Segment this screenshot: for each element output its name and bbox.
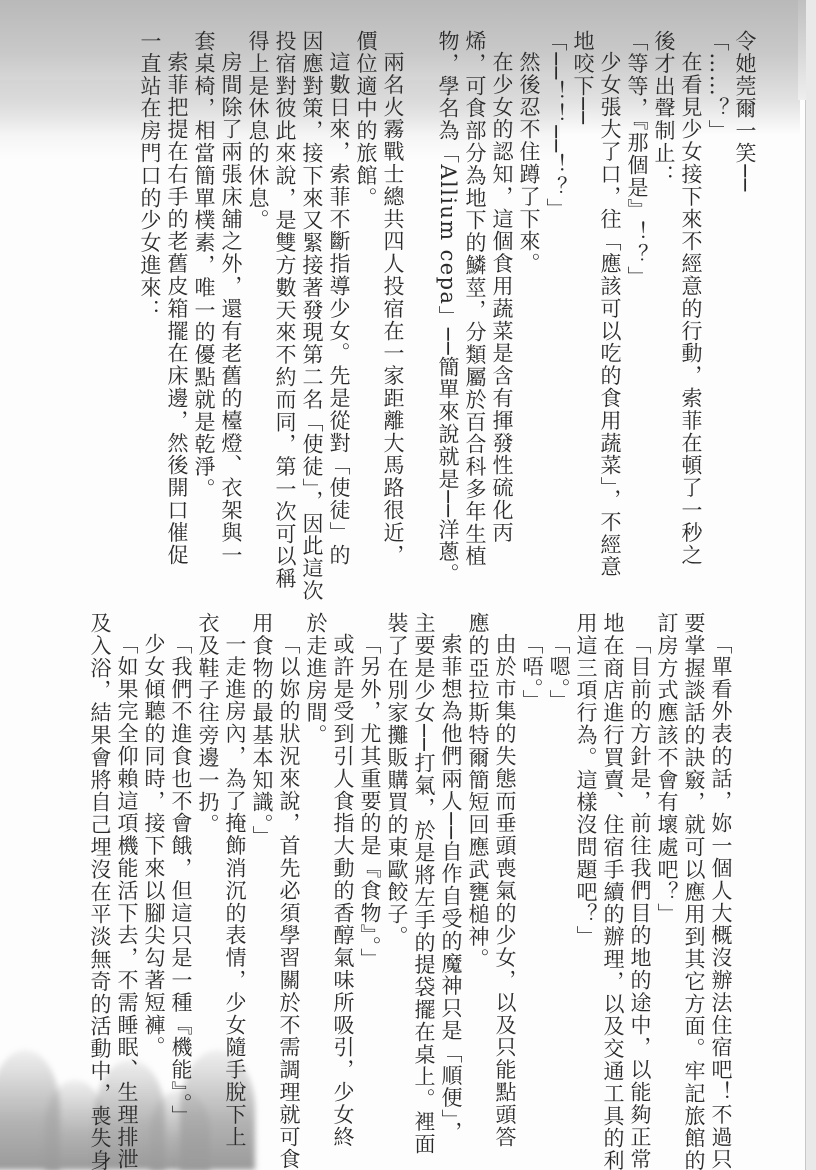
text-column: 烯，可食部分為地下的鱗莖，分類屬於百合科多年生植 — [462, 30, 488, 568]
text-column: 及入浴，結果會將自己埋沒在平淡無奇的活動中，喪失身 — [87, 612, 113, 1170]
text-column: 「如果完全仰賴這項機能活下去，不需睡眠、生理排泄 — [114, 633, 140, 1170]
text-column: 索菲把提在右手的老舊皮箱擺在床邊，然後開口催促 — [164, 51, 190, 566]
text-column: 一走進房內，為了掩飾消沉的表情，少女隨手脫下上 — [222, 633, 248, 1148]
text-column: 套桌椅，相當簡單樸素，唯一的優點就是乾淨。 — [191, 30, 217, 500]
text-column: 在少女的認知，這個食用蔬菜是含有揮發性硫化丙 — [489, 51, 515, 544]
text-column: 訂房方式應該不會有壞處吧？」 — [654, 612, 680, 926]
text-column: 或許是受到引人食指大動的香醇氣味所吸引，少女終 — [330, 633, 356, 1148]
text-column: 於走進房間。 — [303, 612, 329, 746]
text-column: 得上是休息的休息。 — [245, 30, 271, 232]
text-column: 「我們不進食也不會餓，但這只是一種『機能』。」 — [168, 633, 194, 1127]
text-column: 「目前的方針是，前往我們目的地的途中，以能夠正常 — [627, 633, 653, 1170]
text-column: 「另外，尤其重要的是『食物』。」 — [357, 633, 383, 970]
text-column: 主要是少女──打氣，於是將左手的提袋擺在桌上。裡面 — [411, 612, 437, 1155]
text-column: 價位適中的旅館。 — [353, 30, 379, 209]
text-column: 因應對策，接下來又緊接著發現第二名「使徒」，因此這次 — [299, 30, 325, 602]
text-column: 「……？」 — [705, 30, 731, 142]
text-column: 由於市集的失態而垂頭喪氣的少女，以及只能點頭答 — [492, 633, 518, 1148]
text-column: 然後忍不住蹲了下來。 — [516, 51, 542, 275]
text-column: 物，學名為「Allium cepa」──簡單來說就是──洋蔥。 — [435, 30, 461, 586]
text-column: 「嗯。」 — [546, 633, 572, 712]
text-column: 在看見少女接下來不經意的行動，索菲在頓了一秒之 — [678, 51, 704, 566]
text-column: 應的亞拉斯特爾簡短回應武甕槌神。 — [465, 612, 491, 970]
text-column: 一直站在房門口的少女進來： — [137, 30, 163, 321]
text-column: 衣及鞋子往旁邊一扔。 — [195, 612, 221, 836]
bottom-tier-text: 「單看外表的話，妳一個人大概沒辦法住宿吧！不過只 要掌握談話的訣竅，就可以應用到… — [0, 612, 816, 1132]
text-column: 地在商店進行買賣、住宿手續的辦理，以及交通工具的利 — [600, 612, 626, 1170]
text-column: 令她莞爾一笑── — [732, 30, 758, 193]
text-column: 「以妳的狀況來說，首先必須學習關於不需調理就可食 — [276, 633, 302, 1170]
text-column: 用這三項行為。這樣沒問題吧？」 — [573, 612, 599, 948]
text-column: 「唔。」 — [519, 633, 545, 712]
text-column: 「單看外表的話，妳一個人大概沒辦法住宿吧！不過只 — [708, 633, 734, 1170]
text-column: 要掌握談話的訣竅，就可以應用到其它方面。牢記旅館的 — [681, 612, 707, 1170]
text-column: 索菲想為他們兩人──自作自受的魔神只是「順便」， — [438, 633, 464, 1143]
text-column: 後才出聲制止： — [651, 30, 677, 187]
text-column: 這數日來，索菲不斷指導少女。先是從對「使徒」的 — [326, 51, 352, 566]
text-column: 投宿對彼此來說，是雙方數天來不約而同，第一次可以稱 — [272, 30, 298, 590]
text-column: 「等等，『那個是』！？」 — [624, 30, 650, 288]
text-column: 少女傾聽的同時，接下來以腳尖勾著短褲。 — [141, 633, 167, 1059]
text-column: 地咬下── — [570, 30, 596, 125]
text-column: 裝了在別家攤販購買的東歐餃子。 — [384, 612, 410, 948]
text-column: 房間除了兩張床舖之外，還有老舊的檯燈、衣架與一 — [218, 51, 244, 566]
text-column: 用食物的最基本知識。」 — [249, 612, 275, 848]
text-column: 兩名火霧戰士總共四人投宿在一家距離大馬路很近， — [380, 51, 406, 566]
top-tier-text: 令她莞爾一笑── 「……？」 在看見少女接下來不經意的行動，索菲在頓了一秒之 後… — [0, 30, 816, 550]
text-column: 「──！！──！？」 — [543, 30, 569, 221]
text-column: 少女張大了口，往「應該可以吃的食用蔬菜」，不經意 — [597, 51, 623, 578]
